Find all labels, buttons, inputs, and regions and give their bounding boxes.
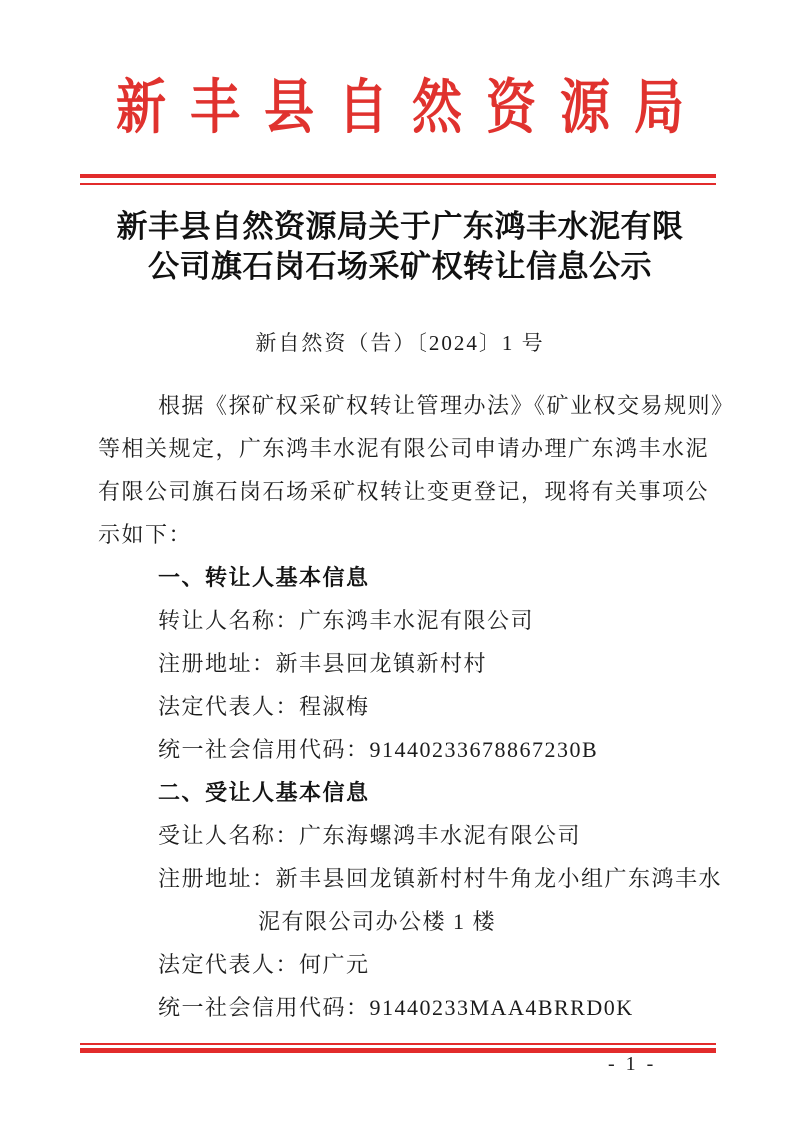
transferee-credit-code: 统一社会信用代码：91440233MAA4BRRD0K [98,986,718,1029]
transferor-legal-representative: 法定代表人：程淑梅 [98,685,718,728]
document-title-line-2: 公司旗石岗石场采矿权转让信息公示 [0,247,800,287]
footer-rule-thin [80,1043,716,1045]
section2-heading: 二、受让人基本信息 [98,771,718,814]
transferee-name: 受让人名称：广东海螺鸿丰水泥有限公司 [98,814,718,857]
transferor-name: 转让人名称：广东鸿丰水泥有限公司 [98,599,718,642]
document-body: 根据《探矿权采矿权转让管理办法》《矿业权交易规则》 等相关规定，广东鸿丰水泥有限… [98,384,718,1029]
transferee-address-line-2: 泥有限公司办公楼 1 楼 [98,900,718,943]
paragraph-line: 示如下： [98,513,718,556]
letterhead: 新丰县自然资源局 [0,78,800,128]
agency-name: 新丰县自然资源局 [92,78,708,137]
section1-heading: 一、转让人基本信息 [98,556,718,599]
header-rule-thin [80,183,716,185]
page-number: - 1 - [608,1053,656,1076]
document-title: 新丰县自然资源局关于广东鸿丰水泥有限 公司旗石岗石场采矿权转让信息公示 [0,207,800,287]
paragraph-line: 有限公司旗石岗石场采矿权转让变更登记，现将有关事项公 [98,470,718,513]
transferee-legal-representative: 法定代表人：何广元 [98,943,718,986]
paragraph-line: 根据《探矿权采矿权转让管理办法》《矿业权交易规则》 [98,384,718,427]
document-reference-number: 新自然资（告）〔2024〕1 号 [0,329,800,357]
document-page: 新丰县自然资源局 新丰县自然资源局关于广东鸿丰水泥有限 公司旗石岗石场采矿权转让… [0,0,800,1132]
transferor-address: 注册地址：新丰县回龙镇新村村 [98,642,718,685]
transferor-credit-code: 统一社会信用代码：91440233678867230B [98,728,718,771]
transferee-address-line-1: 注册地址：新丰县回龙镇新村村牛角龙小组广东鸿丰水 [98,857,718,900]
header-rule-thick [80,174,716,178]
document-title-line-1: 新丰县自然资源局关于广东鸿丰水泥有限 [0,207,800,247]
paragraph-line: 等相关规定，广东鸿丰水泥有限公司申请办理广东鸿丰水泥 [98,427,718,470]
